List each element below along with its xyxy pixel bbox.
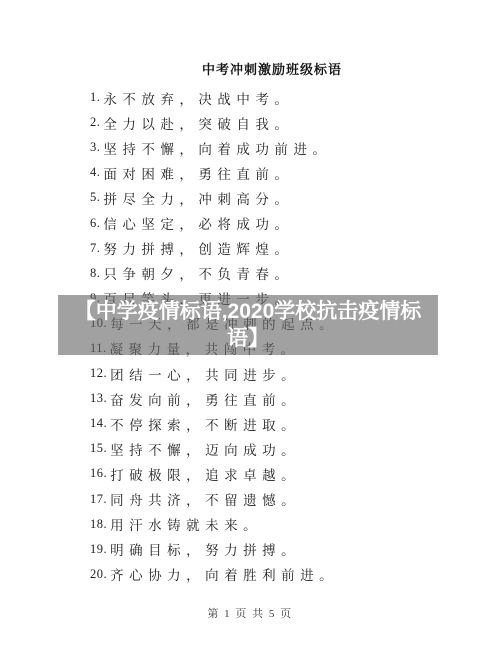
slogan-text: 只争朝夕，不负青春。	[103, 263, 293, 283]
slogan-number: 16.	[90, 466, 107, 481]
slogan-item: 13.奋发向前，勇往直前。	[90, 386, 490, 411]
slogan-text: 努力拼搏，创造辉煌。	[103, 238, 293, 258]
page-indicator: 第 1 页 共 5 页	[207, 608, 292, 620]
slogan-number: 8.	[90, 266, 100, 281]
slogan-text: 明确目标，努力拼搏。	[110, 539, 300, 559]
slogan-item: 15.坚持不懈，迈向成功。	[90, 436, 490, 461]
slogan-text: 永不放弃，决战中考。	[103, 88, 293, 108]
slogan-text: 坚持不懈，迈向成功。	[110, 439, 300, 459]
slogan-number: 12.	[90, 366, 107, 381]
document-title: 中考冲刺激励班级标语	[104, 59, 440, 78]
slogan-number: 13.	[90, 391, 107, 406]
slogan-number: 18.	[90, 517, 107, 532]
slogan-number: 4.	[90, 165, 100, 180]
watermark-line-1: 【中学疫情标语,2020学校抗击疫情标	[58, 298, 438, 325]
slogan-item: 2.全力以赴，突破自我。	[90, 110, 490, 135]
slogan-item: 5.拼尽全力，冲刺高分。	[90, 185, 490, 210]
slogan-text: 拼尽全力，冲刺高分。	[103, 188, 293, 208]
slogan-item: 19.明确目标，努力拼搏。	[90, 537, 490, 562]
slogan-number: 5.	[90, 190, 100, 205]
slogan-number: 7.	[90, 241, 100, 256]
watermark-line-2: 语】	[58, 325, 438, 352]
slogan-item: 4.面对困难，勇往直前。	[90, 160, 490, 185]
slogan-text: 团结一心，共同进步。	[110, 364, 300, 384]
slogan-number: 2.	[90, 115, 100, 130]
slogan-number: 19.	[90, 542, 107, 557]
slogan-item: 8.只争朝夕，不负青春。	[90, 261, 490, 286]
slogan-text: 齐心协力，向着胜利前进。	[110, 564, 338, 584]
watermark-overlay: 【中学疫情标语,2020学校抗击疫情标 语】	[58, 295, 438, 355]
slogan-text: 奋发向前，勇往直前。	[110, 389, 300, 409]
slogan-text: 坚持不懈，向着成功前进。	[103, 138, 331, 158]
document-page: 中考冲刺激励班级标语 1.永不放弃，决战中考。2.全力以赴，突破自我。3.坚持不…	[0, 0, 500, 647]
slogan-item: 12.团结一心，共同进步。	[90, 361, 490, 386]
slogan-text: 全力以赴，突破自我。	[103, 113, 293, 133]
slogan-text: 打破极限，追求卓越。	[110, 464, 300, 484]
slogan-number: 17.	[90, 492, 107, 507]
slogan-text: 信心坚定，必将成功。	[103, 213, 293, 233]
slogan-item: 3.坚持不懈，向着成功前进。	[90, 135, 490, 160]
slogan-text: 面对困难，勇往直前。	[103, 163, 293, 183]
slogan-number: 3.	[90, 140, 100, 155]
slogan-item: 7.努力拼搏，创造辉煌。	[90, 236, 490, 261]
slogan-number: 6.	[90, 216, 100, 231]
slogan-item: 6.信心坚定，必将成功。	[90, 210, 490, 235]
slogan-text: 同舟共济，不留遗憾。	[110, 489, 300, 509]
slogan-number: 14.	[90, 416, 107, 431]
slogan-text: 用汗水铸就未来。	[110, 514, 262, 534]
slogan-item: 14.不停探索，不断进取。	[90, 411, 490, 436]
slogan-item: 17.同舟共济，不留遗憾。	[90, 487, 490, 512]
slogan-number: 1.	[90, 90, 100, 105]
slogan-item: 16.打破极限，追求卓越。	[90, 461, 490, 486]
slogan-number: 20.	[90, 567, 107, 582]
slogan-number: 15.	[90, 441, 107, 456]
slogan-item: 1.永不放弃，决战中考。	[90, 85, 490, 110]
page-footer: 第 1 页 共 5 页	[0, 605, 500, 621]
slogan-item: 20.齐心协力，向着胜利前进。	[90, 562, 490, 587]
slogan-text: 不停探索，不断进取。	[110, 414, 300, 434]
slogan-item: 18.用汗水铸就未来。	[90, 512, 490, 537]
